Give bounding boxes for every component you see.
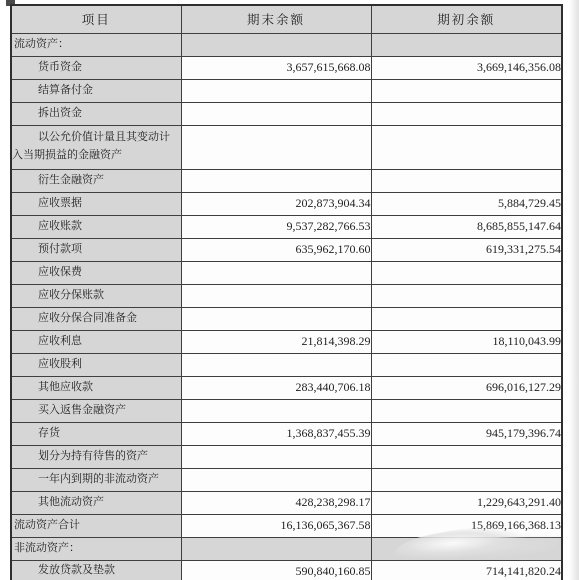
- ending-balance-cell: [181, 537, 371, 560]
- item-label-cell: 应收股利: [11, 353, 181, 376]
- beginning-balance-cell: [371, 468, 562, 491]
- table-row: 结算备付金: [11, 79, 562, 102]
- item-label-cell: 其他应收款: [11, 376, 181, 399]
- ending-balance-cell: 1,368,837,455.39: [181, 422, 371, 445]
- header-row: 项目 期末余额 期初余额: [11, 5, 562, 33]
- table-row: 应收票据202,873,904.345,884,729.45: [11, 192, 562, 215]
- table-header: 项目 期末余额 期初余额: [11, 5, 562, 33]
- item-label-cell: 买入返售金融资产: [11, 399, 181, 422]
- ending-balance-cell: [181, 33, 371, 56]
- table-row: 应收账款9,537,282,766.538,685,855,147.64: [11, 215, 562, 238]
- beginning-balance-cell: [371, 353, 562, 376]
- item-label-cell: 划分为持有待售的资产: [11, 445, 181, 468]
- beginning-balance-cell: [371, 445, 562, 468]
- beginning-balance-cell: [371, 261, 562, 284]
- ending-balance-cell: [181, 102, 371, 125]
- item-label-cell: 发放贷款及垫款: [11, 560, 181, 580]
- scanned-document-page: 项目 期末余额 期初余额 流动资产：货币资金3,657,615,668.083,…: [0, 0, 579, 580]
- beginning-balance-cell: [371, 125, 562, 169]
- table-row: 流动资产合计16,136,065,367.5815,869,166,368.13: [11, 514, 562, 537]
- item-label-cell: 一年内到期的非流动资产: [11, 468, 181, 491]
- item-label-cell: 预付款项: [11, 238, 181, 261]
- table-row: 买入返售金融资产: [11, 399, 562, 422]
- beginning-balance-cell: 945,179,396.74: [371, 422, 562, 445]
- ending-balance-cell: 635,962,170.60: [181, 238, 371, 261]
- ending-balance-cell: [181, 353, 371, 376]
- beginning-balance-cell: 3,669,146,356.08: [371, 56, 562, 79]
- ending-balance-cell: 202,873,904.34: [181, 192, 371, 215]
- ending-balance-cell: 590,840,160.85: [181, 560, 371, 580]
- beginning-balance-cell: [371, 307, 562, 330]
- beginning-balance-cell: [371, 284, 562, 307]
- item-label-cell: 应收分保账款: [11, 284, 181, 307]
- table-row: 应收分保账款: [11, 284, 562, 307]
- table-row: 拆出资金: [11, 102, 562, 125]
- beginning-balance-cell: [371, 169, 562, 192]
- table-row: 发放贷款及垫款590,840,160.85714,141,820.24: [11, 560, 562, 580]
- item-label-cell: 衍生金融资产: [11, 169, 181, 192]
- column-header-item: 项目: [11, 5, 181, 33]
- ending-balance-cell: [181, 79, 371, 102]
- ending-balance-cell: [181, 445, 371, 468]
- ending-balance-cell: [181, 307, 371, 330]
- beginning-balance-cell: 8,685,855,147.64: [371, 215, 562, 238]
- ending-balance-cell: 3,657,615,668.08: [181, 56, 371, 79]
- ending-balance-cell: 428,238,298.17: [181, 491, 371, 514]
- table-row: 以公允价值计量且其变动计入当期损益的金融资产: [11, 125, 562, 169]
- table-row: 流动资产：: [11, 33, 562, 56]
- item-label-cell: 货币资金: [11, 56, 181, 79]
- table-row: 应收股利: [11, 353, 562, 376]
- table-row: 其他应收款283,440,706.18696,016,127.29: [11, 376, 562, 399]
- item-label-cell: 其他流动资产: [11, 491, 181, 514]
- beginning-balance-cell: 15,869,166,368.13: [371, 514, 562, 537]
- item-label-cell: 流动资产：: [11, 33, 181, 56]
- item-label-cell: 存货: [11, 422, 181, 445]
- table-row: 应收保费: [11, 261, 562, 284]
- item-label-cell: 应收分保合同准备金: [11, 307, 181, 330]
- table-row: 存货1,368,837,455.39945,179,396.74: [11, 422, 562, 445]
- table-row: 衍生金融资产: [11, 169, 562, 192]
- beginning-balance-cell: 619,331,275.54: [371, 238, 562, 261]
- beginning-balance-cell: [371, 79, 562, 102]
- item-label-cell: 应收利息: [11, 330, 181, 353]
- table-row: 划分为持有待售的资产: [11, 445, 562, 468]
- beginning-balance-cell: 696,016,127.29: [371, 376, 562, 399]
- ending-balance-cell: [181, 169, 371, 192]
- beginning-balance-cell: [371, 399, 562, 422]
- item-label-cell: 流动资产合计: [11, 514, 181, 537]
- table-row: 非流动资产：: [11, 537, 562, 560]
- table-row: 应收分保合同准备金: [11, 307, 562, 330]
- beginning-balance-cell: [371, 102, 562, 125]
- ending-balance-cell: [181, 261, 371, 284]
- ending-balance-cell: [181, 125, 371, 169]
- beginning-balance-cell: 714,141,820.24: [371, 560, 562, 580]
- column-header-beginning-balance: 期初余额: [371, 5, 562, 33]
- beginning-balance-cell: 1,229,643,291.40: [371, 491, 562, 514]
- table-row: 货币资金3,657,615,668.083,669,146,356.08: [11, 56, 562, 79]
- item-label-cell: 结算备付金: [11, 79, 181, 102]
- beginning-balance-cell: [371, 33, 562, 56]
- table-body: 流动资产：货币资金3,657,615,668.083,669,146,356.0…: [11, 33, 562, 580]
- ending-balance-cell: 9,537,282,766.53: [181, 215, 371, 238]
- beginning-balance-cell: 18,110,043.99: [371, 330, 562, 353]
- column-header-ending-balance: 期末余额: [181, 5, 371, 33]
- item-label-cell: 应收账款: [11, 215, 181, 238]
- ending-balance-cell: [181, 399, 371, 422]
- ending-balance-cell: [181, 468, 371, 491]
- item-label-cell: 应收票据: [11, 192, 181, 215]
- item-label-cell: 以公允价值计量且其变动计入当期损益的金融资产: [11, 125, 181, 169]
- ending-balance-cell: 21,814,398.29: [181, 330, 371, 353]
- item-label-cell: 应收保费: [11, 261, 181, 284]
- item-label-cell: 非流动资产：: [11, 537, 181, 560]
- table-row: 其他流动资产428,238,298.171,229,643,291.40: [11, 491, 562, 514]
- ending-balance-cell: 16,136,065,367.58: [181, 514, 371, 537]
- table-row: 预付款项635,962,170.60619,331,275.54: [11, 238, 562, 261]
- scan-edge-shadow: [569, 0, 579, 580]
- table-row: 一年内到期的非流动资产: [11, 468, 562, 491]
- ending-balance-cell: 283,440,706.18: [181, 376, 371, 399]
- item-label-cell: 拆出资金: [11, 102, 181, 125]
- beginning-balance-cell: [371, 537, 562, 560]
- balance-sheet-table: 项目 期末余额 期初余额 流动资产：货币资金3,657,615,668.083,…: [10, 4, 563, 580]
- table-row: 应收利息21,814,398.2918,110,043.99: [11, 330, 562, 353]
- ending-balance-cell: [181, 284, 371, 307]
- beginning-balance-cell: 5,884,729.45: [371, 192, 562, 215]
